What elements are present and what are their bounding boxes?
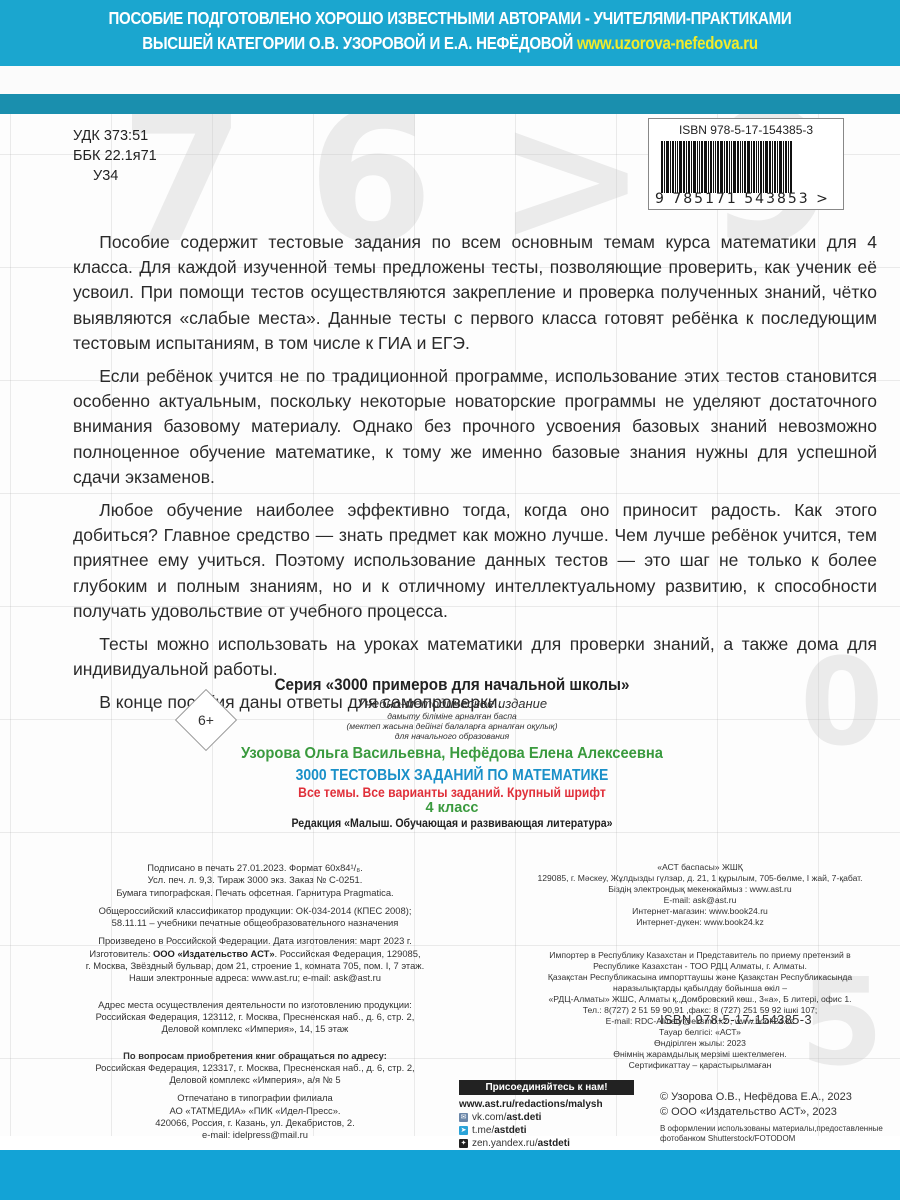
print-info-2: Усл. печ. л. 9,3. Тираж 3000 экз. Заказ … xyxy=(60,874,450,886)
authors: Узорова Ольга Васильевна, Нефёдова Елена… xyxy=(194,745,709,763)
telegram-icon: ➤ xyxy=(459,1126,468,1135)
manufacture-address: г. Москва, Звёздный бульвар, дом 21, стр… xyxy=(60,960,450,972)
kz-publisher: «АСТ баспасы» ЖШҚ xyxy=(505,862,895,873)
redaction-site-link[interactable]: www.ast.ru/redactions/malysh xyxy=(459,1099,634,1110)
production-year: Өндірілген жылы: 2023 xyxy=(505,1038,895,1049)
kz-web: Біздің электрондық мекенжаймыз : www.ast… xyxy=(505,884,895,895)
social-link-zen[interactable]: ✦ zen.yandex.ru/astdeti xyxy=(459,1138,634,1149)
purchase-address-2: Деловой комплекс «Империя», а/я № 5 xyxy=(60,1074,450,1086)
print-info-3: Бумага типографская. Печать офсетная. Га… xyxy=(60,887,450,899)
description-paragraph-1: Пособие содержит тестовые задания по все… xyxy=(73,230,877,356)
bbk-code: ББК 22.1я71 xyxy=(73,146,157,166)
edition-type: Учебно-методическое издание xyxy=(172,696,732,711)
white-strip xyxy=(0,66,900,94)
importer-3: Қазақстан Республикасына импорттаушы жән… xyxy=(505,972,895,983)
series-info: Серия «3000 примеров для начальной школы… xyxy=(172,676,732,830)
education-level: для начального образования xyxy=(172,731,732,741)
vk-icon: ✉ xyxy=(459,1113,468,1122)
barcode-icon xyxy=(661,141,833,193)
classifier-2: 58.11.11 – учебники печатные общеобразов… xyxy=(60,917,450,929)
social-link-vk[interactable]: ✉ vk.com/ast.deti xyxy=(459,1112,634,1123)
activity-address-2: Российская Федерация, 123112, г. Москва,… xyxy=(60,1011,450,1023)
kz-shop-kz: Интернет-дүкен: www.book24.kz xyxy=(505,917,895,928)
imprint-kazakh: «АСТ баспасы» ЖШҚ 129085, г. Мәскеу, Жұл… xyxy=(505,862,895,1071)
importer-2: Республике Казахстан - ТОО РДЦ Алматы, г… xyxy=(505,961,895,972)
kz-shop-ru: Интернет-магазин: www.book24.ru xyxy=(505,906,895,917)
social-link-telegram[interactable]: ➤ t.me/astdeti xyxy=(459,1125,634,1136)
edition-kz-line-1: дамыту біліміне арналған баспа xyxy=(172,711,732,721)
series-title: Серия «3000 примеров для начальной школы… xyxy=(194,676,709,695)
copyright: © Узорова О.В., Нефёдова Е.А., 2023 © ОО… xyxy=(660,1090,852,1120)
join-us-banner: Присоединяйтесь к нам! xyxy=(459,1080,634,1095)
teal-strip xyxy=(0,94,900,114)
classifier-1: Общероссийский классификатор продукции: … xyxy=(60,905,450,917)
barcode-box: ISBN 978-5-17-154385-3 9 785171 543853 > xyxy=(648,118,844,210)
print-info-1: Подписано в печать 27.01.2023. Формат 60… xyxy=(60,862,450,874)
isbn-bottom: ISBN 978-5-17-154385-3 xyxy=(660,1012,812,1027)
udk-code: УДК 373:51 xyxy=(73,126,157,146)
printer-2: АО «ТАТМЕДИА» «ПИК «Идел-Пресс». xyxy=(60,1105,450,1117)
description: Пособие содержит тестовые задания по все… xyxy=(73,230,877,724)
redaction: Редакция «Малыш. Обучающая и развивающая… xyxy=(194,818,709,830)
header-authors-text: ВЫСШЕЙ КАТЕГОРИИ О.В. УЗОРОВОЙ И Е.А. НЕ… xyxy=(142,33,573,53)
publisher-contacts: Наши электронные адреса: www.ast.ru; e-m… xyxy=(60,972,450,984)
certification: Сертификаттау – қарастырылмаған xyxy=(505,1060,895,1071)
manufacture-1: Произведено в Российской Федерации. Дата… xyxy=(60,935,450,947)
header-line-2: ВЫСШЕЙ КАТЕГОРИИ О.В. УЗОРОВОЙ И Е.А. НЕ… xyxy=(63,33,837,54)
book-title: 3000 ТЕСТОВЫХ ЗАДАНИЙ ПО МАТЕМАТИКЕ xyxy=(200,767,704,785)
classification-codes: УДК 373:51 ББК 22.1я71 У34 xyxy=(73,126,157,186)
manufacturer: Изготовитель: ООО «Издательство АСТ». Ро… xyxy=(60,948,450,960)
trademark: Тауар белгісі: «АСТ» xyxy=(505,1027,895,1038)
grade-level: 4 класс xyxy=(172,800,732,816)
social-block: Присоединяйтесь к нам! www.ast.ru/redact… xyxy=(459,1080,634,1149)
header-website-link[interactable]: www.uzorova-nefedova.ru xyxy=(577,33,758,53)
description-paragraph-3: Любое обучение наиболее эффективно тогда… xyxy=(73,498,877,624)
isbn-label: ISBN 978-5-17-154385-3 xyxy=(649,123,843,137)
barcode-digits: 9 785171 543853 > xyxy=(655,191,839,207)
design-credit: В оформлении использованы материалы,пред… xyxy=(660,1124,900,1144)
printer-1: Отпечатано в типографии филиала xyxy=(60,1092,450,1104)
book-subtitle: Все темы. Все варианты заданий. Крупный … xyxy=(200,785,704,800)
kz-email: E-mail: ask@ast.ru xyxy=(505,895,895,906)
imprint-russian: Подписано в печать 27.01.2023. Формат 60… xyxy=(60,862,450,1142)
header-line-1: ПОСОБИЕ ПОДГОТОВЛЕНО ХОРОШО ИЗВЕСТНЫМИ А… xyxy=(63,8,837,29)
importer-1: Импортер в Республику Казахстан и Предст… xyxy=(505,950,895,961)
purchase-title: По вопросам приобретения книг обращаться… xyxy=(60,1050,450,1062)
shelf-life: Өнімнің жарамдылық мерзімі шектелмеген. xyxy=(505,1049,895,1060)
description-paragraph-2: Если ребёнок учится не по традиционной п… xyxy=(73,364,877,490)
author-mark: У34 xyxy=(73,166,157,186)
printer-email: e-mail: idelpress@mail.ru xyxy=(60,1129,450,1141)
activity-address-3: Деловой комплекс «Империя», 14, 15 этаж xyxy=(60,1023,450,1035)
activity-address-1: Адрес места осуществления деятельности п… xyxy=(60,999,450,1011)
header-band: ПОСОБИЕ ПОДГОТОВЛЕНО ХОРОШО ИЗВЕСТНЫМИ А… xyxy=(0,0,900,66)
footer-band xyxy=(0,1150,900,1200)
zen-icon: ✦ xyxy=(459,1139,468,1148)
copyright-authors: © Узорова О.В., Нефёдова Е.А., 2023 xyxy=(660,1090,852,1105)
description-paragraph-4: Тесты можно использовать на уроках матем… xyxy=(73,632,877,682)
kz-address: 129085, г. Мәскеу, Жұлдызды гүлзар, д. 2… xyxy=(505,873,895,884)
edition-kz-line-2: (мектеп жасына дейінгі балаларға арналға… xyxy=(172,721,732,731)
printer-3: 420066, Россия, г. Казань, ул. Декабрист… xyxy=(60,1117,450,1129)
importer-4: наразылықтарды қабылдау бойынша өкіл – xyxy=(505,983,895,994)
copyright-publisher: © ООО «Издательство АСТ», 2023 xyxy=(660,1105,852,1120)
purchase-address-1: Российская Федерация, 123317, г. Москва,… xyxy=(60,1062,450,1074)
importer-5: «РДЦ-Алматы» ЖШС, Алматы қ.,Домбровский … xyxy=(505,994,895,1005)
